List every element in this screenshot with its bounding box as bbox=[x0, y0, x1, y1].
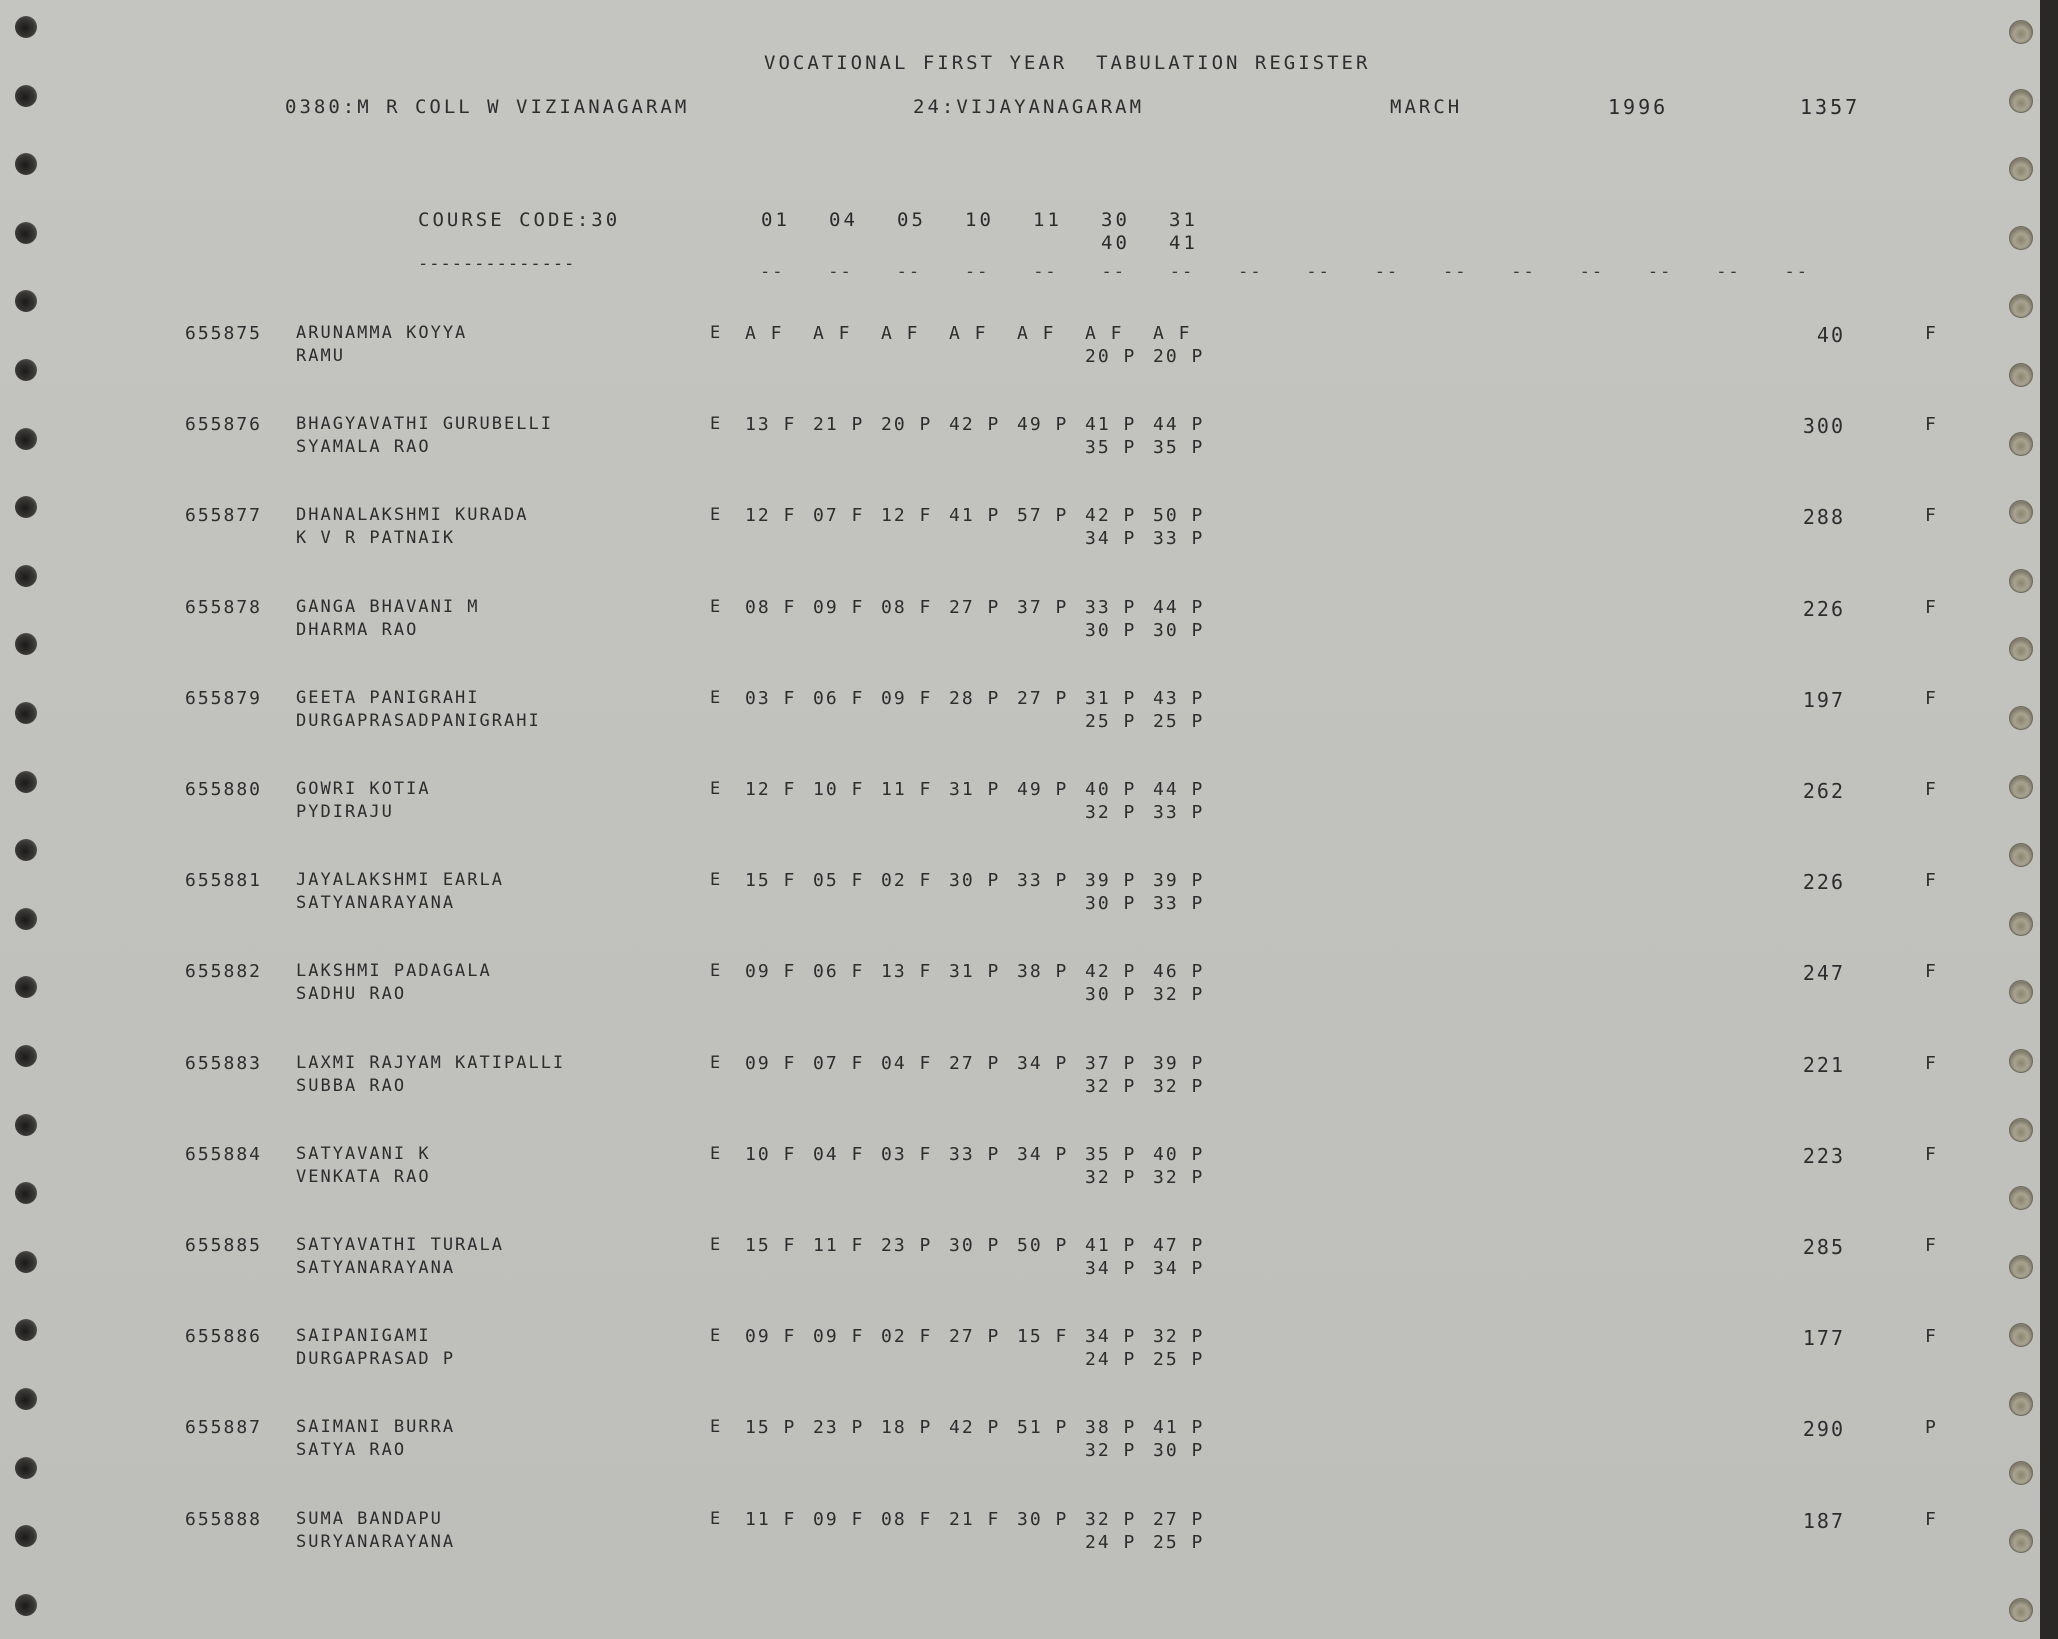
column-dash: -- bbox=[1238, 262, 1262, 282]
feed-hole-icon bbox=[15, 290, 37, 312]
roll-number: 655884 bbox=[185, 1146, 262, 1164]
medium-code: E bbox=[710, 1237, 722, 1254]
subject-mark-secondary: 24 P bbox=[1085, 1534, 1136, 1552]
subject-mark: 38 P bbox=[1085, 1419, 1136, 1437]
subject-mark-secondary: 34 P bbox=[1085, 530, 1136, 548]
total-marks: 285 bbox=[1760, 1237, 1845, 1257]
subject-mark: 21 F bbox=[949, 1511, 1000, 1529]
result-status: F bbox=[1925, 1328, 1938, 1346]
subject-mark: 42 P bbox=[1085, 507, 1136, 525]
course-code-underline: -------------- bbox=[418, 256, 575, 273]
roll-number: 655877 bbox=[185, 507, 262, 525]
subject-mark: 43 P bbox=[1153, 690, 1204, 708]
total-marks: 197 bbox=[1760, 690, 1845, 710]
subject-mark-secondary: 25 P bbox=[1153, 1534, 1204, 1552]
result-status: F bbox=[1925, 690, 1938, 708]
subject-mark-secondary: 32 P bbox=[1153, 1169, 1204, 1187]
total-marks: 226 bbox=[1760, 599, 1845, 619]
feed-hole-icon bbox=[2009, 1598, 2033, 1622]
subject-mark: 02 F bbox=[881, 872, 932, 890]
subject-mark: 12 F bbox=[745, 507, 796, 525]
subject-mark: 07 F bbox=[813, 1055, 864, 1073]
total-marks: 221 bbox=[1760, 1055, 1845, 1075]
exam-year: 1996 bbox=[1608, 97, 1668, 117]
subject-mark: 49 P bbox=[1017, 781, 1068, 799]
subject-mark: A F bbox=[881, 325, 920, 343]
subject-mark: 09 F bbox=[881, 690, 932, 708]
district-name: 24:VIJAYANAGARAM bbox=[913, 98, 1144, 117]
subject-mark: 40 P bbox=[1085, 781, 1136, 799]
column-dash: -- bbox=[1785, 262, 1809, 282]
table-row: 655883LAXMI RAJYAM KATIPALLISUBBA RAOE09… bbox=[0, 1055, 2040, 1115]
subject-mark-secondary: 30 P bbox=[1153, 1442, 1204, 1460]
subject-mark-secondary: 30 P bbox=[1153, 622, 1204, 640]
table-row: 655879GEETA PANIGRAHIDURGAPRASADPANIGRAH… bbox=[0, 690, 2040, 750]
subject-mark: 49 P bbox=[1017, 416, 1068, 434]
subject-code: 11 bbox=[1033, 211, 1062, 230]
table-row: 655876BHAGYAVATHI GURUBELLISYAMALA RAOE1… bbox=[0, 416, 2040, 476]
roll-number: 655888 bbox=[185, 1511, 262, 1529]
subject-mark: 46 P bbox=[1153, 963, 1204, 981]
subject-mark: 07 F bbox=[813, 507, 864, 525]
subject-mark: 41 P bbox=[1085, 1237, 1136, 1255]
roll-number: 655879 bbox=[185, 690, 262, 708]
subject-mark: 42 P bbox=[949, 1419, 1000, 1437]
feed-hole-icon bbox=[15, 16, 37, 38]
result-status: F bbox=[1925, 325, 1938, 343]
subject-mark: 57 P bbox=[1017, 507, 1068, 525]
subject-mark: 11 F bbox=[745, 1511, 796, 1529]
student-name: SAIPANIGAMI bbox=[296, 1328, 431, 1345]
student-name: BHAGYAVATHI GURUBELLI bbox=[296, 416, 553, 433]
roll-number: 655880 bbox=[185, 781, 262, 799]
student-name: DHANALAKSHMI KURADA bbox=[296, 507, 528, 524]
subject-mark: 31 P bbox=[1085, 690, 1136, 708]
subject-mark-secondary: 32 P bbox=[1085, 804, 1136, 822]
subject-mark: 41 P bbox=[1085, 416, 1136, 434]
subject-mark: A F bbox=[745, 325, 784, 343]
subject-mark-secondary: 33 P bbox=[1153, 895, 1204, 913]
subject-mark-secondary: 25 P bbox=[1085, 713, 1136, 731]
medium-code: E bbox=[710, 963, 722, 980]
total-marks: 40 bbox=[1760, 325, 1845, 345]
student-name: GANGA BHAVANI M bbox=[296, 599, 480, 616]
subject-mark: 42 P bbox=[949, 416, 1000, 434]
parent-name: SADHU RAO bbox=[296, 986, 406, 1003]
total-marks: 300 bbox=[1760, 416, 1845, 436]
subject-mark: 51 P bbox=[1017, 1419, 1068, 1437]
subject-mark-secondary: 30 P bbox=[1085, 622, 1136, 640]
medium-code: E bbox=[710, 872, 722, 889]
subject-mark: 41 P bbox=[1153, 1419, 1204, 1437]
medium-code: E bbox=[710, 1419, 722, 1436]
subject-mark-secondary: 34 P bbox=[1085, 1260, 1136, 1278]
subject-mark: 15 F bbox=[1017, 1328, 1068, 1346]
subject-mark: 50 P bbox=[1153, 507, 1204, 525]
table-row: 655882LAKSHMI PADAGALASADHU RAOE09 F06 F… bbox=[0, 963, 2040, 1023]
roll-number: 655882 bbox=[185, 963, 262, 981]
subject-mark: 39 P bbox=[1153, 1055, 1204, 1073]
medium-code: E bbox=[710, 599, 722, 616]
subject-mark: 20 P bbox=[881, 416, 932, 434]
parent-name: K V R PATNAIK bbox=[296, 530, 455, 547]
medium-code: E bbox=[710, 1055, 722, 1072]
student-name: SAIMANI BURRA bbox=[296, 1419, 455, 1436]
feed-hole-icon bbox=[2009, 157, 2033, 181]
subject-mark: 38 P bbox=[1017, 963, 1068, 981]
subject-mark: 34 P bbox=[1017, 1055, 1068, 1073]
column-dash: -- bbox=[1033, 262, 1057, 282]
paper-edge bbox=[2040, 0, 2058, 1639]
subject-mark: 27 P bbox=[1153, 1511, 1204, 1529]
subject-mark: 13 F bbox=[881, 963, 932, 981]
medium-code: E bbox=[710, 1511, 722, 1528]
subject-mark: 33 P bbox=[1017, 872, 1068, 890]
total-marks: 288 bbox=[1760, 507, 1845, 527]
subject-mark: 03 F bbox=[881, 1146, 932, 1164]
subject-code: 30 bbox=[1101, 211, 1130, 230]
subject-mark: 47 P bbox=[1153, 1237, 1204, 1255]
tabulation-register-sheet: VOCATIONAL FIRST YEAR TABULATION REGISTE… bbox=[0, 0, 2040, 1639]
subject-mark: 06 F bbox=[813, 963, 864, 981]
table-row: 655877DHANALAKSHMI KURADAK V R PATNAIKE1… bbox=[0, 507, 2040, 567]
column-dash: -- bbox=[1375, 262, 1399, 282]
feed-hole-icon bbox=[15, 839, 37, 861]
subject-mark: 05 F bbox=[813, 872, 864, 890]
subject-mark: 18 P bbox=[881, 1419, 932, 1437]
parent-name: PYDIRAJU bbox=[296, 804, 394, 821]
subject-mark: 44 P bbox=[1153, 599, 1204, 617]
result-status: F bbox=[1925, 781, 1938, 799]
subject-mark: 12 F bbox=[881, 507, 932, 525]
subject-code-secondary: 41 bbox=[1169, 234, 1198, 253]
table-row: 655884SATYAVANI KVENKATA RAOE10 F04 F03 … bbox=[0, 1146, 2040, 1206]
subject-mark: 23 P bbox=[813, 1419, 864, 1437]
subject-mark-secondary: 25 P bbox=[1153, 1351, 1204, 1369]
medium-code: E bbox=[710, 325, 722, 342]
roll-number: 655878 bbox=[185, 599, 262, 617]
total-marks: 177 bbox=[1760, 1328, 1845, 1348]
parent-name: DURGAPRASADPANIGRAHI bbox=[296, 713, 541, 730]
subject-mark: 08 F bbox=[745, 599, 796, 617]
student-name: GOWRI KOTIA bbox=[296, 781, 431, 798]
subject-mark: 34 P bbox=[1085, 1328, 1136, 1346]
subject-code: 31 bbox=[1169, 211, 1198, 230]
subject-mark-secondary: 30 P bbox=[1085, 986, 1136, 1004]
subject-mark-secondary: 32 P bbox=[1085, 1169, 1136, 1187]
subject-mark-secondary: 32 P bbox=[1085, 1442, 1136, 1460]
subject-mark: 42 P bbox=[1085, 963, 1136, 981]
subject-mark: 11 F bbox=[881, 781, 932, 799]
student-name: SATYAVANI K bbox=[296, 1146, 431, 1163]
medium-code: E bbox=[710, 507, 722, 524]
subject-mark: 04 F bbox=[813, 1146, 864, 1164]
column-dash: -- bbox=[1648, 262, 1672, 282]
subject-mark: 27 P bbox=[1017, 690, 1068, 708]
column-dash: -- bbox=[760, 262, 784, 282]
result-status: F bbox=[1925, 1146, 1938, 1164]
medium-code: E bbox=[710, 1328, 722, 1345]
subject-mark-secondary: 30 P bbox=[1085, 895, 1136, 913]
subject-mark: 11 F bbox=[813, 1237, 864, 1255]
parent-name: DHARMA RAO bbox=[296, 622, 418, 639]
parent-name: SATYANARAYANA bbox=[296, 895, 455, 912]
subject-mark: 15 P bbox=[745, 1419, 796, 1437]
subject-mark: 09 F bbox=[813, 1511, 864, 1529]
total-marks: 247 bbox=[1760, 963, 1845, 983]
feed-hole-icon bbox=[2009, 20, 2033, 44]
subject-mark-secondary: 35 P bbox=[1085, 439, 1136, 457]
student-name: SATYAVATHI TURALA bbox=[296, 1237, 504, 1254]
feed-hole-icon bbox=[2009, 569, 2033, 593]
parent-name: SATYA RAO bbox=[296, 1442, 406, 1459]
column-dash: -- bbox=[1102, 262, 1126, 282]
feed-hole-icon bbox=[15, 85, 37, 107]
subject-mark: 12 F bbox=[745, 781, 796, 799]
subject-mark: 15 F bbox=[745, 872, 796, 890]
feed-hole-icon bbox=[2009, 843, 2033, 867]
total-marks: 223 bbox=[1760, 1146, 1845, 1166]
subject-mark: 33 P bbox=[1085, 599, 1136, 617]
subject-mark-secondary: 20 P bbox=[1153, 348, 1204, 366]
feed-hole-icon bbox=[2009, 89, 2033, 113]
result-status: F bbox=[1925, 1237, 1938, 1255]
table-row: 655880GOWRI KOTIAPYDIRAJUE12 F10 F11 F31… bbox=[0, 781, 2040, 841]
medium-code: E bbox=[710, 690, 722, 707]
subject-mark: 31 P bbox=[949, 963, 1000, 981]
page-number: 1357 bbox=[1800, 97, 1860, 117]
result-status: F bbox=[1925, 1055, 1938, 1073]
medium-code: E bbox=[710, 1146, 722, 1163]
subject-mark: 30 P bbox=[949, 872, 1000, 890]
subject-mark: 41 P bbox=[949, 507, 1000, 525]
student-name: GEETA PANIGRAHI bbox=[296, 690, 480, 707]
medium-code: E bbox=[710, 781, 722, 798]
total-marks: 187 bbox=[1760, 1511, 1845, 1531]
parent-name: VENKATA RAO bbox=[296, 1169, 431, 1186]
course-code-label: COURSE CODE:30 bbox=[418, 211, 620, 230]
roll-number: 655875 bbox=[185, 325, 262, 343]
student-name: LAXMI RAJYAM KATIPALLI bbox=[296, 1055, 565, 1072]
subject-mark: A F bbox=[1017, 325, 1056, 343]
result-status: F bbox=[1925, 872, 1938, 890]
subject-mark: 08 F bbox=[881, 1511, 932, 1529]
subject-mark: 39 P bbox=[1085, 872, 1136, 890]
subject-mark: 09 F bbox=[745, 1055, 796, 1073]
roll-number: 655886 bbox=[185, 1328, 262, 1346]
feed-hole-icon bbox=[15, 222, 37, 244]
subject-mark: 27 P bbox=[949, 1328, 1000, 1346]
subject-mark: 32 P bbox=[1153, 1328, 1204, 1346]
subject-mark: 28 P bbox=[949, 690, 1000, 708]
report-title: VOCATIONAL FIRST YEAR TABULATION REGISTE… bbox=[764, 54, 1370, 73]
student-name: SUMA BANDAPU bbox=[296, 1511, 443, 1528]
column-dash: -- bbox=[1511, 262, 1535, 282]
subject-mark: 39 P bbox=[1153, 872, 1204, 890]
subject-mark: A F bbox=[813, 325, 852, 343]
subject-mark: A F bbox=[949, 325, 988, 343]
parent-name: RAMU bbox=[296, 348, 345, 365]
subject-mark-secondary: 24 P bbox=[1085, 1351, 1136, 1369]
subject-mark: 10 F bbox=[745, 1146, 796, 1164]
subject-code: 05 bbox=[897, 211, 926, 230]
college-name: 0380:M R COLL W VIZIANAGARAM bbox=[285, 98, 689, 117]
subject-mark: 09 F bbox=[813, 599, 864, 617]
table-row: 655886SAIPANIGAMIDURGAPRASAD PE09 F09 F0… bbox=[0, 1328, 2040, 1388]
subject-mark: 34 P bbox=[1017, 1146, 1068, 1164]
table-row: 655888SUMA BANDAPUSURYANARAYANAE11 F09 F… bbox=[0, 1511, 2040, 1571]
subject-mark: 21 P bbox=[813, 416, 864, 434]
subject-code-secondary: 40 bbox=[1101, 234, 1130, 253]
column-dash: -- bbox=[897, 262, 921, 282]
roll-number: 655876 bbox=[185, 416, 262, 434]
subject-mark: 06 F bbox=[813, 690, 864, 708]
result-status: F bbox=[1925, 416, 1938, 434]
subject-mark: 27 P bbox=[949, 599, 1000, 617]
table-row: 655878GANGA BHAVANI MDHARMA RAOE08 F09 F… bbox=[0, 599, 2040, 659]
subject-mark-secondary: 33 P bbox=[1153, 804, 1204, 822]
parent-name: DURGAPRASAD P bbox=[296, 1351, 455, 1368]
result-status: F bbox=[1925, 507, 1938, 525]
feed-hole-icon bbox=[15, 1388, 37, 1410]
column-dash: -- bbox=[828, 262, 852, 282]
subject-mark-secondary: 32 P bbox=[1153, 1078, 1204, 1096]
subject-mark: 30 P bbox=[949, 1237, 1000, 1255]
parent-name: SATYANARAYANA bbox=[296, 1260, 455, 1277]
subject-mark: 10 F bbox=[813, 781, 864, 799]
subject-mark: 44 P bbox=[1153, 416, 1204, 434]
subject-mark: 35 P bbox=[1085, 1146, 1136, 1164]
subject-mark: 40 P bbox=[1153, 1146, 1204, 1164]
subject-mark: 44 P bbox=[1153, 781, 1204, 799]
roll-number: 655883 bbox=[185, 1055, 262, 1073]
feed-hole-icon bbox=[15, 565, 37, 587]
subject-mark-secondary: 20 P bbox=[1085, 348, 1136, 366]
student-name: LAKSHMI PADAGALA bbox=[296, 963, 492, 980]
result-status: F bbox=[1925, 963, 1938, 981]
feed-hole-icon bbox=[15, 153, 37, 175]
subject-mark: 50 P bbox=[1017, 1237, 1068, 1255]
total-marks: 262 bbox=[1760, 781, 1845, 801]
subject-code: 10 bbox=[965, 211, 994, 230]
subject-mark: A F bbox=[1153, 325, 1192, 343]
subject-mark-secondary: 32 P bbox=[1153, 986, 1204, 1004]
student-name: ARUNAMMA KOYYA bbox=[296, 325, 467, 342]
table-row: 655875ARUNAMMA KOYYARAMUEA FA FA FA FA F… bbox=[0, 325, 2040, 385]
feed-hole-icon bbox=[15, 1114, 37, 1136]
subject-mark: 03 F bbox=[745, 690, 796, 708]
roll-number: 655885 bbox=[185, 1237, 262, 1255]
result-status: F bbox=[1925, 599, 1938, 617]
feed-hole-icon bbox=[2009, 1392, 2033, 1416]
subject-mark: 02 F bbox=[881, 1328, 932, 1346]
column-dash: -- bbox=[1580, 262, 1604, 282]
column-dash: -- bbox=[965, 262, 989, 282]
subject-mark: 23 P bbox=[881, 1237, 932, 1255]
subject-mark-secondary: 32 P bbox=[1085, 1078, 1136, 1096]
subject-mark: 33 P bbox=[949, 1146, 1000, 1164]
parent-name: SUBBA RAO bbox=[296, 1078, 406, 1095]
subject-mark: 37 P bbox=[1017, 599, 1068, 617]
feed-hole-icon bbox=[2009, 1118, 2033, 1142]
subject-mark-secondary: 34 P bbox=[1153, 1260, 1204, 1278]
roll-number: 655881 bbox=[185, 872, 262, 890]
result-status: P bbox=[1925, 1419, 1938, 1437]
parent-name: SYAMALA RAO bbox=[296, 439, 431, 456]
subject-mark: A F bbox=[1085, 325, 1124, 343]
feed-hole-icon bbox=[15, 1594, 37, 1616]
subject-mark: 15 F bbox=[745, 1237, 796, 1255]
subject-mark: 09 F bbox=[745, 963, 796, 981]
subject-mark-secondary: 35 P bbox=[1153, 439, 1204, 457]
exam-month: MARCH bbox=[1390, 98, 1462, 117]
subject-mark: 27 P bbox=[949, 1055, 1000, 1073]
subject-mark: 32 P bbox=[1085, 1511, 1136, 1529]
subject-mark: 09 F bbox=[745, 1328, 796, 1346]
total-marks: 290 bbox=[1760, 1419, 1845, 1439]
column-dash: -- bbox=[1443, 262, 1467, 282]
feed-hole-icon bbox=[2009, 226, 2033, 250]
table-row: 655885SATYAVATHI TURALASATYANARAYANAE15 … bbox=[0, 1237, 2040, 1297]
column-dash: -- bbox=[1716, 262, 1740, 282]
subject-code: 01 bbox=[761, 211, 790, 230]
subject-mark-secondary: 25 P bbox=[1153, 713, 1204, 731]
subject-mark: 13 F bbox=[745, 416, 796, 434]
subject-mark: 31 P bbox=[949, 781, 1000, 799]
subject-mark: 08 F bbox=[881, 599, 932, 617]
subject-mark-secondary: 33 P bbox=[1153, 530, 1204, 548]
column-dash: -- bbox=[1306, 262, 1330, 282]
result-status: F bbox=[1925, 1511, 1938, 1529]
total-marks: 226 bbox=[1760, 872, 1845, 892]
subject-mark: 09 F bbox=[813, 1328, 864, 1346]
column-dash: -- bbox=[1170, 262, 1194, 282]
medium-code: E bbox=[710, 416, 722, 433]
student-name: JAYALAKSHMI EARLA bbox=[296, 872, 504, 889]
table-row: 655881JAYALAKSHMI EARLASATYANARAYANAE15 … bbox=[0, 872, 2040, 932]
subject-mark: 30 P bbox=[1017, 1511, 1068, 1529]
table-row: 655887SAIMANI BURRASATYA RAOE15 P23 P18 … bbox=[0, 1419, 2040, 1479]
subject-mark: 37 P bbox=[1085, 1055, 1136, 1073]
feed-hole-icon bbox=[2009, 294, 2033, 318]
subject-mark: 04 F bbox=[881, 1055, 932, 1073]
roll-number: 655887 bbox=[185, 1419, 262, 1437]
subject-code: 04 bbox=[829, 211, 858, 230]
parent-name: SURYANARAYANA bbox=[296, 1534, 455, 1551]
